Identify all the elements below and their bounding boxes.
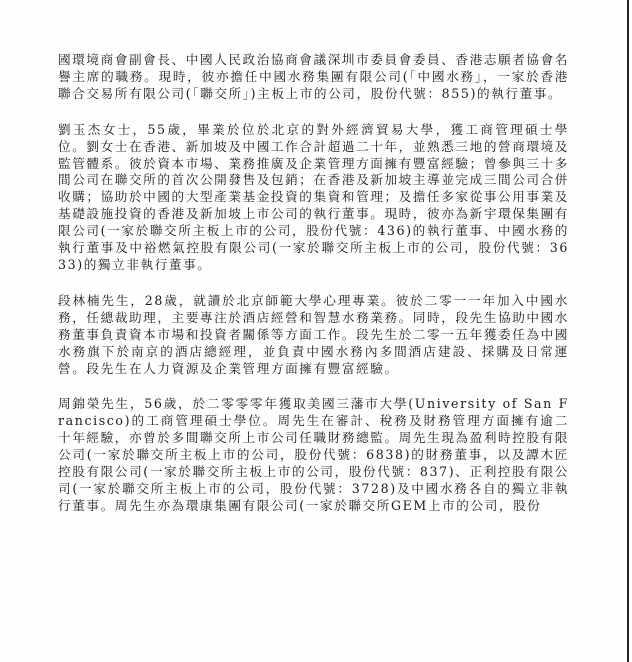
paragraph-bio-liu-yujie: 劉玉杰女士，55歲，畢業於位於北京的對外經濟貿易大學，獲工商管理碩士學位。劉女士… xyxy=(58,122,569,274)
document-page: 國環境商會副會長、中國人民政治協商會議深圳市委員會委員、香港志願者協會名譽主席的… xyxy=(58,52,569,534)
paragraph-continued-bio: 國環境商會副會長、中國人民政治協商會議深圳市委員會委員、香港志願者協會名譽主席的… xyxy=(58,52,569,103)
paragraph-bio-duan-linnan: 段林楠先生，28歲，就讀於北京師範大學心理專業。彼於二零一一年加入中國水務，任總… xyxy=(58,293,569,378)
paragraph-bio-zhou-jinrong: 周錦榮先生，56歲，於二零零零年獲取美國三藩市大學(University of … xyxy=(58,396,569,514)
page-edge-border xyxy=(627,0,629,662)
